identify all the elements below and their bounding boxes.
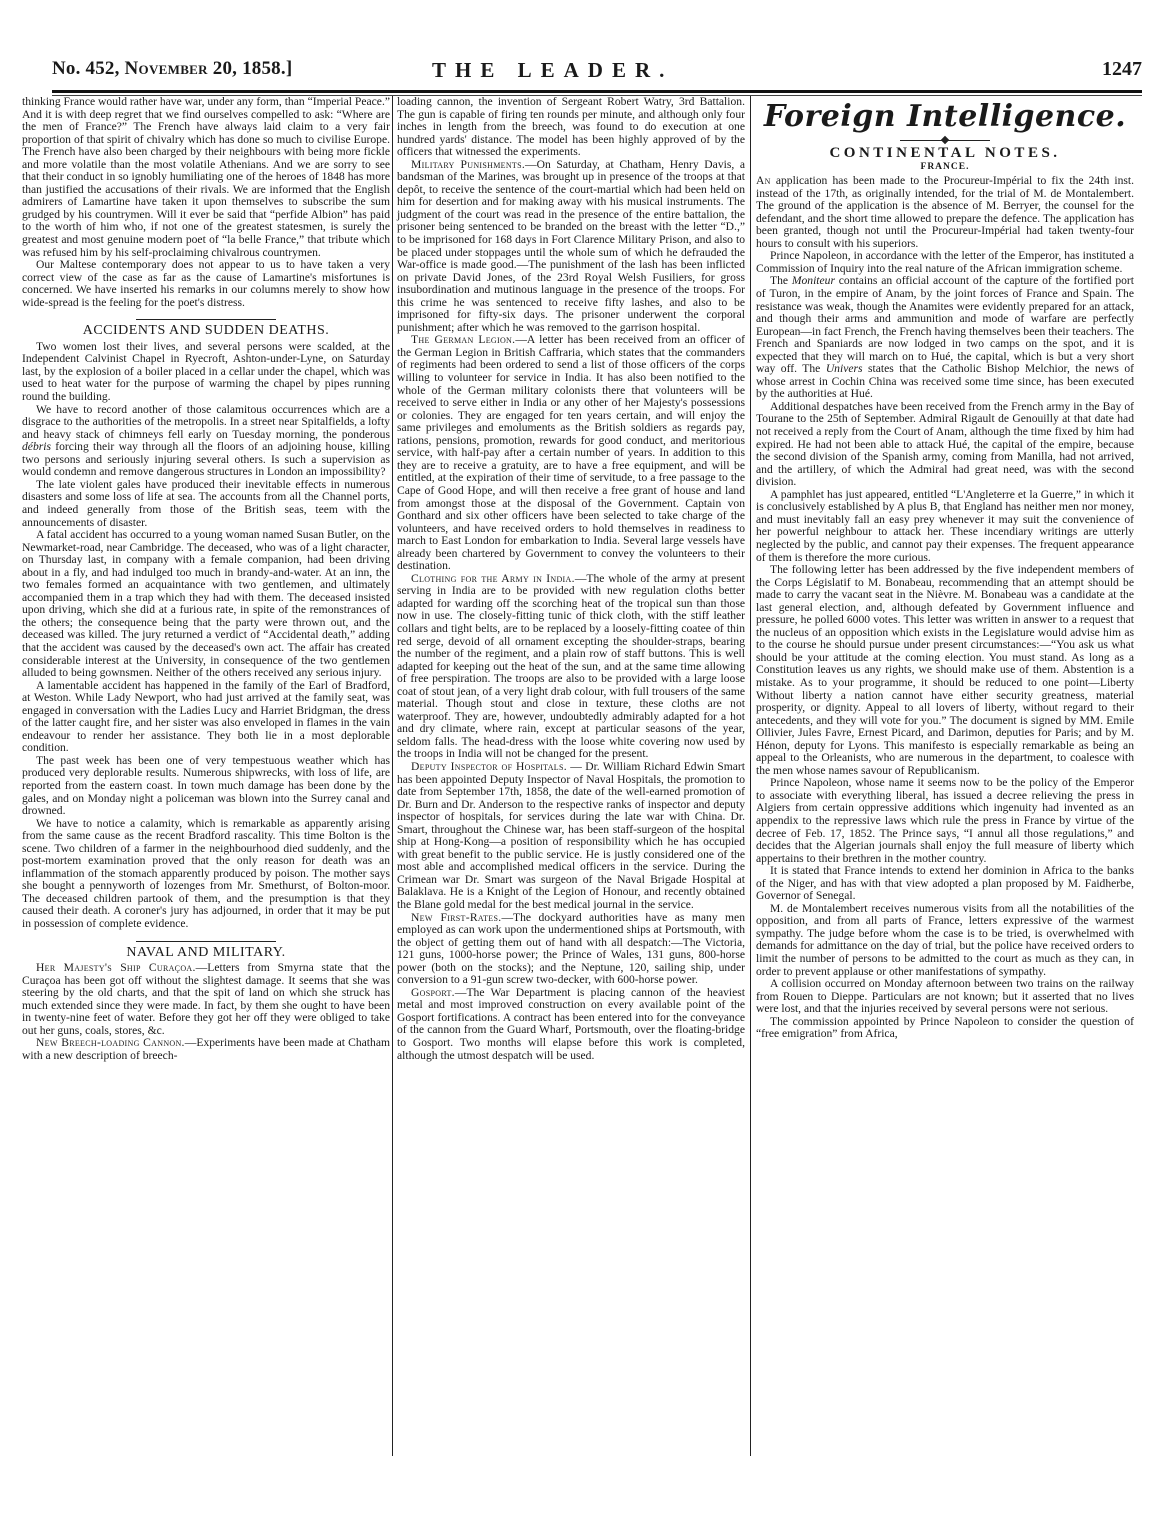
paragraph-lead: Her Majesty's Ship Curaçoa. <box>36 961 196 974</box>
paragraph: New Breech-loading Cannon.—Experiments h… <box>22 1037 390 1062</box>
text: The <box>770 274 792 287</box>
paragraph: We have to record another of those calam… <box>22 404 390 479</box>
paragraph: Prince Napoleon, in accordance with the … <box>756 250 1134 275</box>
subheading-france: FRANCE. <box>756 161 1134 174</box>
paragraph: Gosport.—The War Department is placing c… <box>397 987 745 1062</box>
column-divider <box>392 96 393 1456</box>
paragraph: thinking France would rather have war, u… <box>22 96 390 259</box>
newspaper-title: THE LEADER. <box>432 58 673 83</box>
page-number: 1247 <box>1102 58 1142 81</box>
paragraph: A lamentable accident has happened in th… <box>22 680 390 755</box>
paragraph: The past week has been one of very tempe… <box>22 755 390 818</box>
paragraph: A fatal accident has occurred to a young… <box>22 529 390 680</box>
text: —On Saturday, at Chatham, Henry Davis, a… <box>397 158 745 334</box>
paragraph: The commission appointed by Prince Napol… <box>756 1016 1134 1041</box>
masthead-rule <box>52 90 1142 93</box>
issue-day-year: 20, 1858.] <box>208 58 293 79</box>
section-rule <box>136 941 276 942</box>
paragraph: M. de Montalembert receives numerous vis… <box>756 903 1134 978</box>
paragraph: We have to notice a calamity, which is r… <box>22 818 390 931</box>
column-3: Foreign Intelligence. CONTINENTAL NOTES.… <box>756 96 1134 1041</box>
paragraph: Our Maltese contemporary does not appear… <box>22 259 390 309</box>
section-heading-naval: NAVAL AND MILITARY. <box>22 947 390 960</box>
column-1: thinking France would rather have war, u… <box>22 96 390 1062</box>
paragraph: The late violent gales have produced the… <box>22 479 390 529</box>
section-title-foreign-intelligence: Foreign Intelligence. <box>756 98 1134 136</box>
paragraph: Prince Napoleon, whose name it seems now… <box>756 777 1134 865</box>
text: — Dr. William Richard Edwin Smart has be… <box>397 760 745 911</box>
issue-month: November <box>125 58 208 79</box>
section-rule <box>136 319 276 320</box>
column-2: loading cannon, the invention of Sergean… <box>397 96 745 1062</box>
paragraph: It is stated that France intends to exte… <box>756 865 1134 903</box>
text: contains an official account of the capt… <box>756 274 1134 375</box>
paragraph: Military Punishments.—On Saturday, at Ch… <box>397 159 745 335</box>
text: application has been made to the Procure… <box>756 174 1134 250</box>
section-heading-accidents: ACCIDENTS AND SUDDEN DEATHS. <box>22 325 390 338</box>
paragraph: Two women lost their lives, and several … <box>22 341 390 404</box>
text: We have to record another of those calam… <box>22 403 390 441</box>
paragraph: The Moniteur contains an official accoun… <box>756 275 1134 400</box>
heading-continental-notes: CONTINENTAL NOTES. <box>756 147 1134 160</box>
paragraph: Additional despatches have been received… <box>756 401 1134 489</box>
paragraph-lead: Military Punishments. <box>411 158 525 171</box>
paragraph: Her Majesty's Ship Curaçoa.—Letters from… <box>22 962 390 1037</box>
text: —A letter has been received from an offi… <box>397 333 745 572</box>
paragraph-lead: New Breech-loading Cannon. <box>36 1036 185 1049</box>
issue-date: No. 452, November 20, 1858.] <box>52 58 292 80</box>
paragraph: A collision occurred on Monday afternoon… <box>756 978 1134 1016</box>
paragraph-lead: An <box>756 174 771 187</box>
paragraph: loading cannon, the invention of Sergean… <box>397 96 745 159</box>
paragraph: A pamphlet has just appeared, entitled “… <box>756 489 1134 564</box>
paragraph: The German Legion.—A letter has been rec… <box>397 334 745 572</box>
issue-number: No. 452, <box>52 58 125 79</box>
masthead: No. 452, November 20, 1858.] THE LEADER.… <box>52 58 1142 90</box>
paragraph: The following letter has been addressed … <box>756 564 1134 777</box>
italic-text: Univers <box>826 362 863 375</box>
paragraph: An application has been made to the Proc… <box>756 175 1134 250</box>
text: —The whole of the army at present servin… <box>397 572 745 761</box>
column-divider <box>750 96 751 1456</box>
italic-text: débris <box>22 440 51 453</box>
italic-text: Moniteur <box>792 274 835 287</box>
paragraph-lead: The German Legion. <box>411 333 515 346</box>
paragraph-lead: Deputy Inspector of Hospitals. <box>411 760 567 773</box>
ornament-rule-icon <box>900 140 990 141</box>
paragraph-lead: Clothing for the Army in India. <box>411 572 575 585</box>
paragraph-lead: New First-Rates. <box>411 911 501 924</box>
paragraph: Deputy Inspector of Hospitals. — Dr. Wil… <box>397 761 745 912</box>
paragraph-lead: Gosport. <box>411 986 455 999</box>
text: forcing their way through all the floors… <box>22 440 390 478</box>
paragraph: New First-Rates.—The dockyard authoritie… <box>397 912 745 987</box>
paragraph: Clothing for the Army in India.—The whol… <box>397 573 745 761</box>
